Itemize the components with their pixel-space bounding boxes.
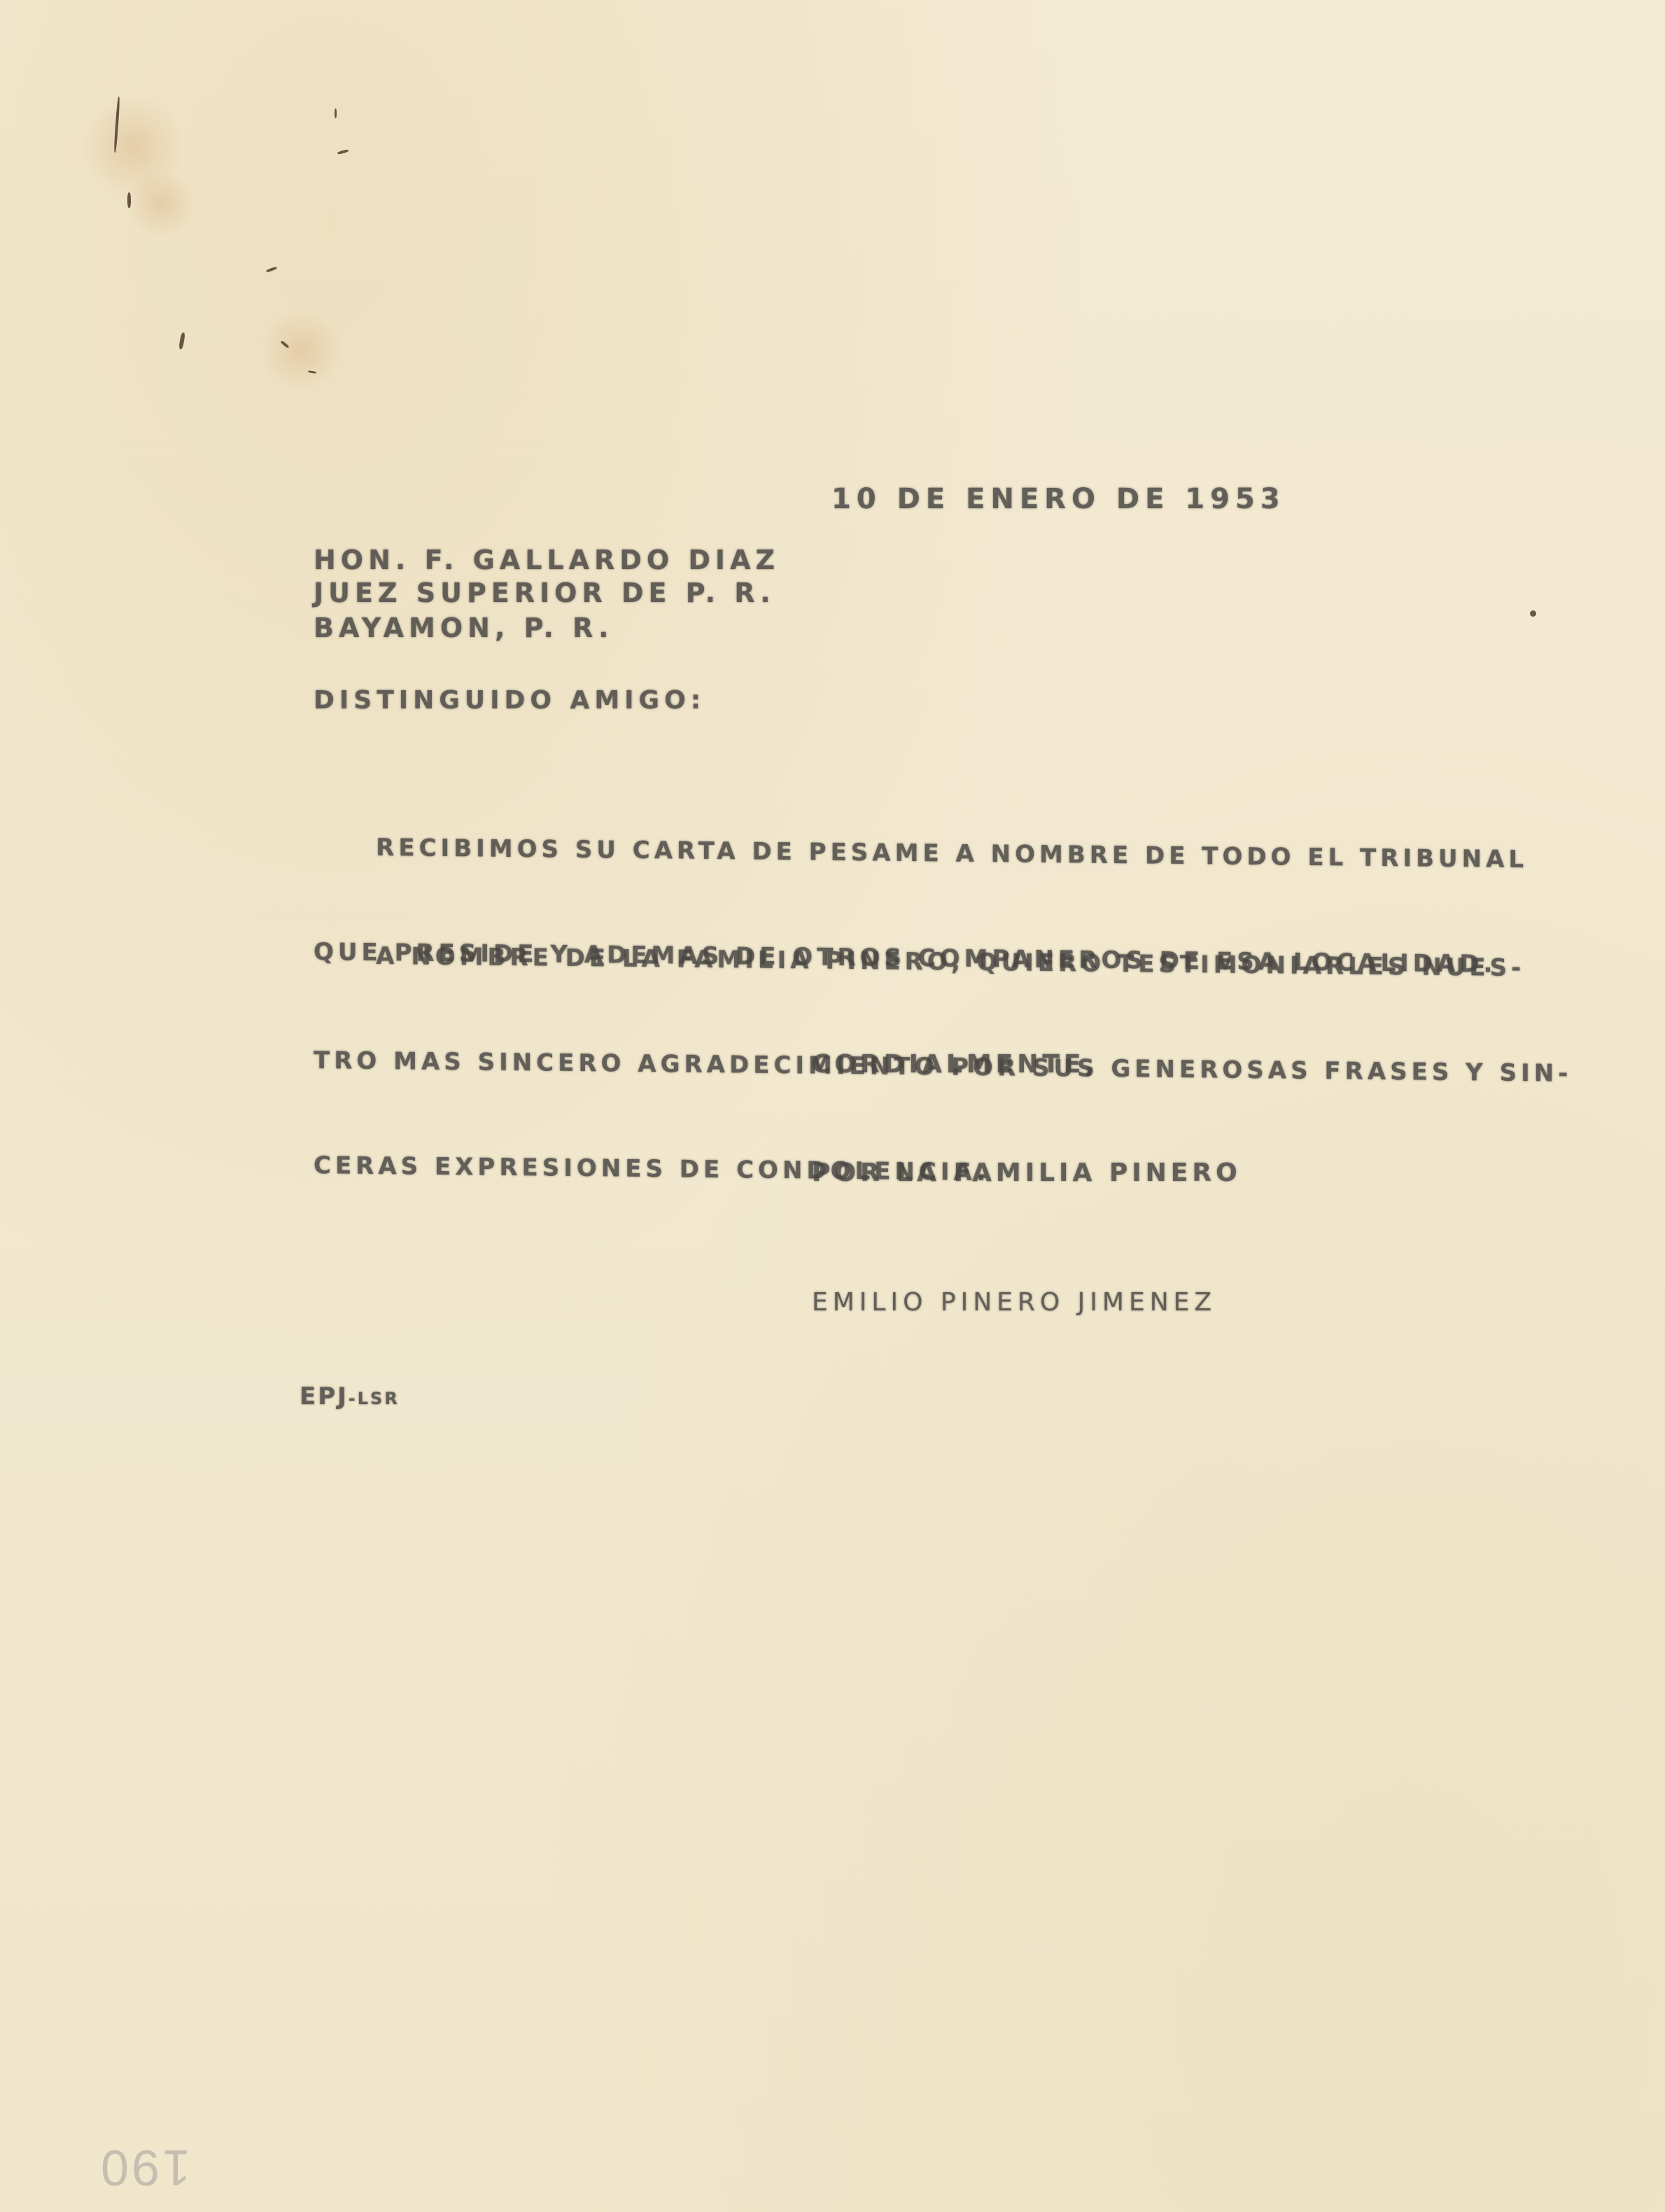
initials-sub: -LSR [349, 1389, 400, 1408]
punch-mark [266, 266, 277, 272]
reference-initials: EPJ-LSR [300, 1382, 400, 1410]
initials-main: EPJ [300, 1382, 349, 1410]
punch-mark [337, 149, 349, 155]
on-behalf-line: Por la Familia Pinero [812, 1158, 1242, 1187]
ink-dot [1530, 610, 1536, 617]
recipient-title: Juez Superior de P. R. [314, 577, 775, 608]
stain [126, 168, 196, 238]
salutation: Distinguido amigo: [314, 686, 705, 715]
letter-date: 10 DE ENERO DE 1953 [831, 483, 1286, 515]
signer-name: EMILIO PINERO JIMENEZ [812, 1288, 1216, 1317]
valediction: Cordialmente, [812, 1050, 1099, 1079]
recipient-name: Hon. F. Gallardo Diaz [314, 545, 780, 575]
pencil-annotation: 190 [98, 2138, 190, 2196]
punch-mark [335, 108, 337, 118]
paragraph-line: A nombre de la familia Pinero, quiero te… [314, 938, 1572, 986]
punch-mark [178, 332, 185, 350]
stain [259, 308, 343, 392]
punch-mark [127, 192, 131, 208]
recipient-location: Bayamon, P. R. [314, 612, 614, 643]
letter-page: 10 DE ENERO DE 1953 Hon. F. Gallardo Dia… [0, 0, 1665, 2212]
